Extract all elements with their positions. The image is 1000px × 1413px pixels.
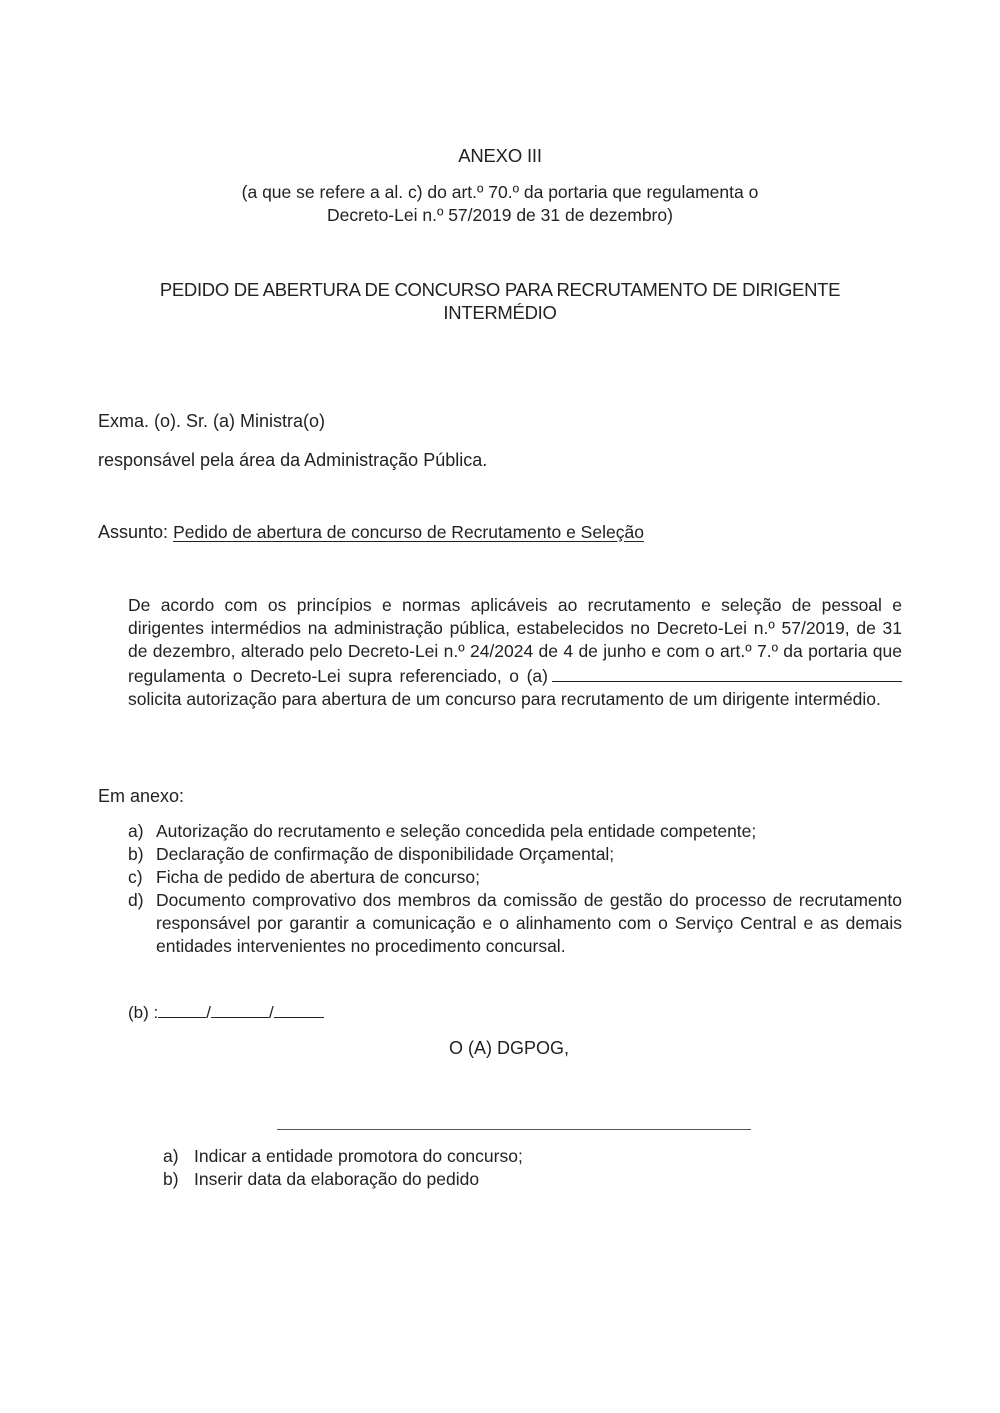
addressee-line-2: responsável pela área da Administração P… <box>98 449 487 472</box>
promoting-entity-blank[interactable] <box>552 663 902 682</box>
date-field: (b) :// <box>128 1000 324 1024</box>
attachment-text: Ficha de pedido de abertura de concurso; <box>156 867 480 887</box>
list-marker: d) <box>128 889 144 912</box>
attachment-item: a)Autorização do recrutamento e seleção … <box>128 820 902 843</box>
signatory-title: O (A) DGPOG, <box>449 1037 569 1060</box>
reference-line-1: (a que se refere a al. c) do art.º 70.º … <box>0 181 1000 204</box>
date-month-blank[interactable] <box>211 1000 269 1018</box>
reference-line-2: Decreto-Lei n.º 57/2019 de 31 de dezembr… <box>0 204 1000 227</box>
list-marker: a) <box>163 1145 179 1168</box>
subject-text: Pedido de abertura de concurso de Recrut… <box>173 522 644 542</box>
subject-line: Assunto: Pedido de abertura de concurso … <box>98 521 644 544</box>
footnote-item: a)Indicar a entidade promotora do concur… <box>163 1145 863 1168</box>
date-year-blank[interactable] <box>274 1000 324 1018</box>
footnote-text: Indicar a entidade promotora do concurso… <box>194 1146 523 1166</box>
footnote-item: b)Inserir data da elaboração do pedido <box>163 1168 863 1191</box>
addressee-line-1: Exma. (o). Sr. (a) Ministra(o) <box>98 410 325 433</box>
document-title-line-2: INTERMÉDIO <box>0 301 1000 324</box>
list-marker: c) <box>128 866 143 889</box>
footnote-text: Inserir data da elaboração do pedido <box>194 1169 479 1189</box>
attachment-item: b)Declaração de confirmação de disponibi… <box>128 843 902 866</box>
annex-title: ANEXO III <box>0 145 1000 167</box>
signature-line[interactable] <box>277 1129 751 1130</box>
attachment-item: c)Ficha de pedido de abertura de concurs… <box>128 866 902 889</box>
list-marker: b) <box>128 843 144 866</box>
body-text-after-blank: solicita autorização para abertura de um… <box>128 689 881 709</box>
attachments-list: a)Autorização do recrutamento e seleção … <box>128 820 902 958</box>
attachment-item: d)Documento comprovativo dos membros da … <box>128 889 902 958</box>
date-day-blank[interactable] <box>158 1000 206 1018</box>
document-title-line-1: PEDIDO DE ABERTURA DE CONCURSO PARA RECR… <box>0 278 1000 301</box>
body-paragraph: De acordo com os princípios e normas apl… <box>128 594 902 711</box>
subject-label: Assunto: <box>98 522 168 542</box>
list-marker: a) <box>128 820 144 843</box>
attachment-text: Documento comprovativo dos membros da co… <box>156 890 902 956</box>
list-marker: b) <box>163 1168 179 1191</box>
date-label: (b) : <box>128 1003 158 1022</box>
attachments-heading: Em anexo: <box>98 785 184 808</box>
footnotes-list: a)Indicar a entidade promotora do concur… <box>163 1145 863 1191</box>
attachment-text: Autorização do recrutamento e seleção co… <box>156 821 756 841</box>
attachment-text: Declaração de confirmação de disponibili… <box>156 844 614 864</box>
